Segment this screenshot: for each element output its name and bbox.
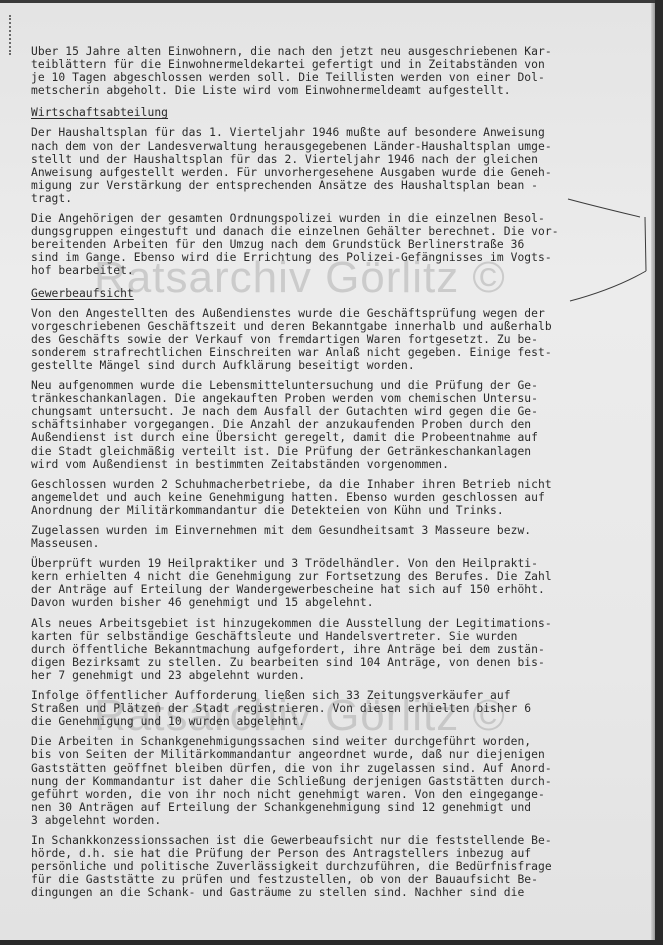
text-line: persönliche und politische Zuverlässigke… (31, 860, 631, 873)
text-line: Anordnung der Militärkommandantur die De… (31, 504, 631, 517)
text-line: je 10 Tagen abgeschlossen werden soll. D… (31, 71, 631, 84)
scanned-document-page: Ratsarchiv Görlitz © Ratsarchiv Görlitz … (0, 0, 655, 940)
text-line: bereitenden Arbeiten für den Umzug nach … (31, 238, 631, 251)
text-line: nung der Kommandantur ist daher die Schl… (31, 775, 631, 788)
text-line: her 7 genehmigt und 23 abgelehnt wurden. (31, 669, 631, 682)
text-line: dingungen an die Schank- und Gasträume z… (31, 886, 631, 899)
paragraph: Die Angehörigen der gesamten Ordnungspol… (31, 212, 631, 277)
text-line: hof bearbeitet. (31, 264, 631, 277)
text-line: Zugelassen wurden im Einvernehmen mit de… (31, 524, 631, 537)
text-line: karten für selbständige Geschäftsleute u… (31, 630, 631, 643)
text-line: sonderem strafrechtlichen Einschreiten w… (31, 346, 631, 359)
text-line: schäftsinhaber vorgegangen. Die Anzahl d… (31, 418, 631, 431)
text-line: Gaststätten geöffnet bleiben dürfen, die… (31, 762, 631, 775)
text-line: migung zur Verstärkung der entsprechende… (31, 179, 631, 192)
text-line: kern erhielten 4 nicht die Genehmigung z… (31, 570, 631, 583)
text-line: Von den Angestellten des Außendienstes w… (31, 307, 631, 320)
text-line: Die Angehörigen der gesamten Ordnungspol… (31, 212, 631, 225)
text-line: die Genehmigung und 10 wurden abgelehnt. (31, 715, 631, 728)
text-line: bis von Seiten der Militärkommandantur a… (31, 748, 631, 761)
text-line: der Anträge auf Erteilung der Wandergewe… (31, 583, 631, 596)
text-line: gestellte Mängel sind durch Aufklärung b… (31, 359, 631, 372)
text-line: nen 30 Anträgen auf Erteilung der Schank… (31, 801, 631, 814)
text-line: 3 abgelehnt worden. (31, 814, 631, 827)
text-line: Außendienst ist durch eine Übersicht ger… (31, 431, 631, 444)
text-line: geführt worden, die von ihr noch nicht g… (31, 788, 631, 801)
paragraph: Infolge öffentlicher Aufforderung ließen… (31, 689, 631, 728)
paragraph: Neu aufgenommen wurde die Lebensmittelun… (31, 379, 631, 471)
text-line: metscherin abgeholt. Die Liste wird vom … (31, 84, 631, 97)
text-line: Der Haushaltsplan für das 1. Vierteljahr… (31, 126, 631, 139)
text-line: vorgeschriebenen Geschäftszeit und deren… (31, 320, 631, 333)
section-heading: Wirtschaftsabteilung (31, 104, 631, 123)
text-line: die Stadt gleichmäßig verteilt ist. Die … (31, 445, 631, 458)
text-line: teiblättern für die Einwohnermeldekartei… (31, 58, 631, 71)
text-line: Überprüft wurden 19 Heilpraktiker und 3 … (31, 557, 631, 570)
text-line: sind im Gange. Ebenso wird die Errichtun… (31, 251, 631, 264)
paragraph: Zugelassen wurden im Einvernehmen mit de… (31, 524, 631, 550)
text-line: Straßen und Plätzen der Stadt registrier… (31, 702, 631, 715)
section-heading-text: Gewerbeaufsicht (31, 287, 134, 300)
text-line: Neu aufgenommen wurde die Lebensmittelun… (31, 379, 631, 392)
section-heading-text: Wirtschaftsabteilung (31, 106, 168, 119)
paragraph: In Schankkonzessionssachen ist die Gewer… (31, 834, 631, 899)
text-line: nach dem von der Landesverwaltung heraus… (31, 140, 631, 153)
paragraph: Der Haushaltsplan für das 1. Vierteljahr… (31, 126, 631, 205)
paragraph: Überprüft wurden 19 Heilpraktiker und 3 … (31, 557, 631, 609)
text-line: wird vom Außendienst in bestimmten Zeita… (31, 458, 631, 471)
text-line: angemeldet und auch keine Genehmigung ha… (31, 491, 631, 504)
paragraph: Geschlossen wurden 2 Schuhmacherbetriebe… (31, 478, 631, 517)
text-line: Die Arbeiten in Schankgenehmigungssachen… (31, 735, 631, 748)
text-line: chungsamt untersucht. Je nach dem Ausfal… (31, 405, 631, 418)
text-line: In Schankkonzessionssachen ist die Gewer… (31, 834, 631, 847)
binding-mark (9, 15, 17, 55)
text-line: hörde, d.h. sie hat die Prüfung der Pers… (31, 847, 631, 860)
text-line: digen Bezirksamt zu stellen. Zu bearbeit… (31, 656, 631, 669)
paragraph: Als neues Arbeitsgebiet ist hinzugekomme… (31, 617, 631, 682)
document-body: Uber 15 Jahre alten Einwohnern, die nach… (31, 45, 631, 906)
text-line: Infolge öffentlicher Aufforderung ließen… (31, 689, 631, 702)
text-line: Masseusen. (31, 537, 631, 550)
text-line: Als neues Arbeitsgebiet ist hinzugekomme… (31, 617, 631, 630)
text-line: tragt. (31, 192, 631, 205)
text-line: Davon wurden bisher 46 genehmigt und 15 … (31, 596, 631, 609)
paragraph: Von den Angestellten des Außendienstes w… (31, 307, 631, 372)
text-line: des Geschäfts sowie der Verkauf von frem… (31, 333, 631, 346)
text-line: Anweisung aufgestellt werden. Für unvorh… (31, 166, 631, 179)
text-line: durch öffentliche Bekanntmachung aufgefo… (31, 643, 631, 656)
text-line: für die Gaststätte zu prüfen und festzus… (31, 873, 631, 886)
text-line: Geschlossen wurden 2 Schuhmacherbetriebe… (31, 478, 631, 491)
text-line: Uber 15 Jahre alten Einwohnern, die nach… (31, 45, 631, 58)
text-line: tränkeschankanlagen. Die angekauften Pro… (31, 392, 631, 405)
text-line: stellt und der Haushaltsplan für das 2. … (31, 153, 631, 166)
paragraph: Die Arbeiten in Schankgenehmigungssachen… (31, 735, 631, 827)
section-heading: Gewerbeaufsicht (31, 285, 631, 304)
text-line: dungsgruppen eingestuft und danach die e… (31, 225, 631, 238)
paragraph: Uber 15 Jahre alten Einwohnern, die nach… (31, 45, 631, 97)
